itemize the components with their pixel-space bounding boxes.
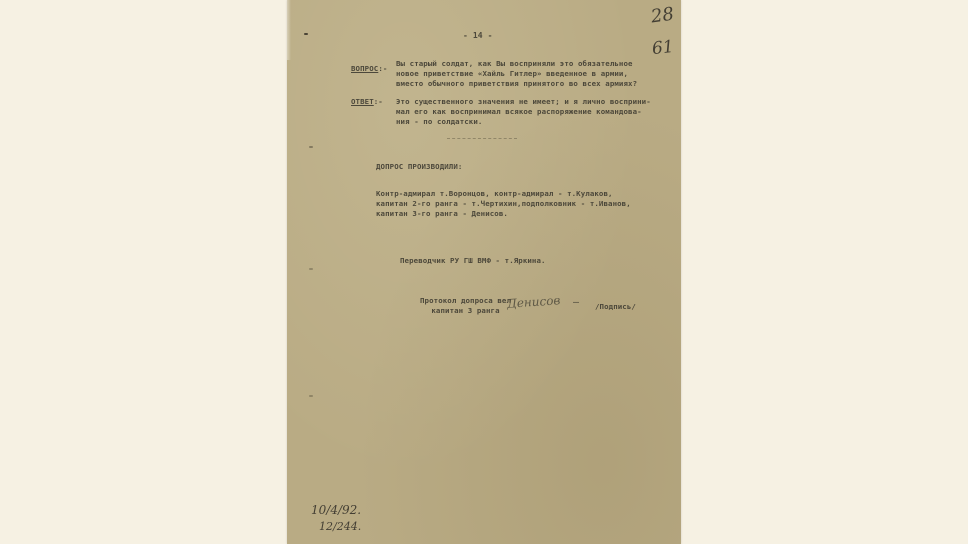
translator-line: Переводчик РУ ГШ ВМФ - т.Яркина. bbox=[400, 256, 546, 266]
protocol-signer: Протокол допроса вел капитан 3 ранга bbox=[420, 296, 511, 316]
archive-date-1: 10/4/92. bbox=[311, 503, 361, 517]
question-label: ВОПРОС:- bbox=[351, 64, 387, 74]
question-label-text: ВОПРОС bbox=[351, 64, 378, 73]
section-divider bbox=[447, 138, 517, 139]
answer-label: ОТВЕТ:- bbox=[351, 97, 383, 107]
question-separator: :- bbox=[378, 64, 387, 73]
document-page: 28 61 - 14 - ВОПРОС:- Вы старый солдат, … bbox=[287, 0, 681, 544]
signature-dash: — bbox=[573, 297, 579, 308]
answer-label-text: ОТВЕТ bbox=[351, 97, 374, 106]
interrogators-list: Контр-адмирал т.Воронцов, контр-адмирал … bbox=[376, 189, 631, 219]
page-edge-highlight bbox=[287, 0, 291, 60]
archive-date-2: 12/244. bbox=[319, 520, 361, 533]
page-number: - 14 - bbox=[463, 31, 493, 41]
answer-separator: :- bbox=[374, 97, 383, 106]
binding-hole-mark bbox=[309, 146, 313, 148]
binding-hole-mark bbox=[309, 268, 313, 270]
archive-sheet-number: 28 bbox=[650, 4, 676, 28]
answer-text: Это существенного значения не имеет; и я… bbox=[396, 97, 651, 127]
binding-hole-mark bbox=[304, 33, 308, 35]
question-text: Вы старый солдат, как Вы восприняли это … bbox=[396, 59, 637, 89]
interrogators-heading: ДОПРОС ПРОИЗВОДИЛИ: bbox=[376, 162, 462, 172]
archive-folio-number: 61 bbox=[651, 37, 675, 59]
handwritten-signature: Денисов bbox=[507, 293, 561, 311]
signature-label: /Подпись/ bbox=[595, 302, 636, 312]
binding-hole-mark bbox=[309, 395, 313, 397]
